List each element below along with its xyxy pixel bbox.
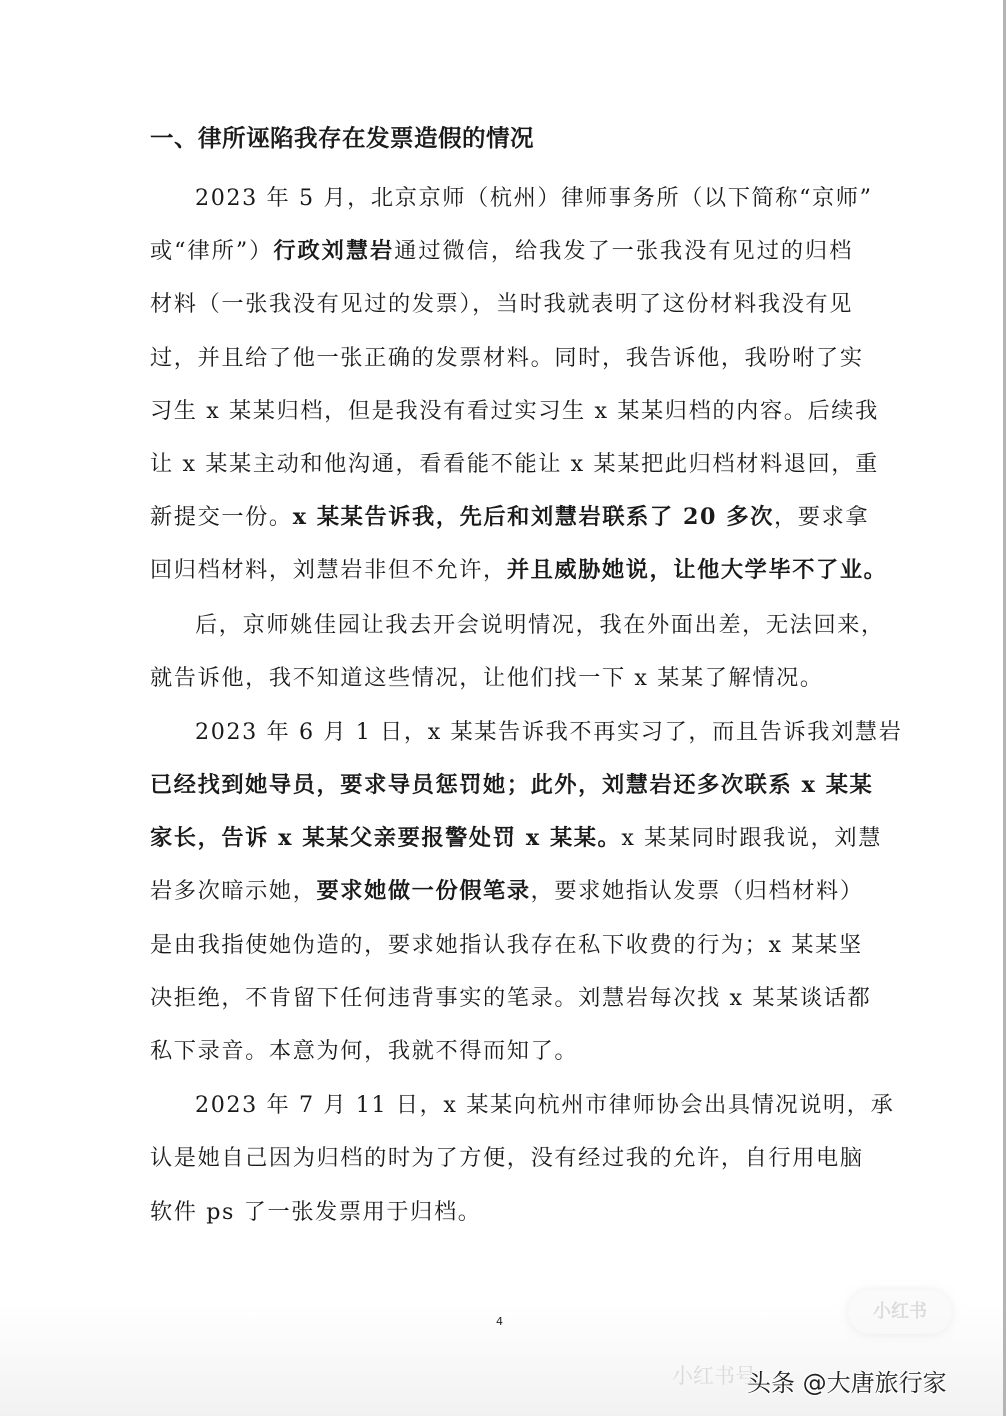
section-heading: 一、律所诬陷我存在发票造假的情况	[150, 118, 853, 158]
xiaohongshu-watermark-logo: 小红书	[848, 1290, 952, 1334]
bold-text-run: 并且威胁她说，让他大学毕不了业。	[507, 557, 888, 583]
text-run: ，要求拿	[774, 504, 869, 530]
text-line: 认是她自己因为归档的时为了方便，没有经过我的允许，自行用电脑	[150, 1132, 853, 1185]
text-run: 2023 年 6 月 1 日，x 某某告诉我不再实习了，而且告诉我刘慧岩	[195, 719, 902, 745]
text-line: 习生 x 某某归档，但是我没有看过实习生 x 某某归档的内容。后续我	[150, 385, 853, 438]
text-line: 2023 年 7 月 11 日，x 某某向杭州市律师协会出具情况说明，承	[150, 1079, 853, 1132]
text-line: 回归档材料，刘慧岩非但不允许，并且威胁她说，让他大学毕不了业。	[150, 544, 853, 597]
text-run: 2023 年 7 月 11 日，x 某某向杭州市律师协会出具情况说明，承	[195, 1092, 894, 1118]
text-run: ，要求她指认发票（归档材料）	[531, 878, 864, 904]
bold-text-run: 家长，告诉 x 某某父亲要报警处罚 x 某某。	[150, 825, 621, 851]
text-line: 岩多次暗示她，要求她做一份假笔录，要求她指认发票（归档材料）	[150, 865, 853, 918]
text-line: 决拒绝，不肯留下任何违背事实的笔录。刘慧岩每次找 x 某某谈话都	[150, 972, 853, 1025]
text-run: 材料（一张我没有见过的发票），当时我就表明了这份材料我没有见	[150, 291, 853, 317]
text-line: 家长，告诉 x 某某父亲要报警处罚 x 某某。x 某某同时跟我说，刘慧	[150, 812, 853, 865]
text-run: 通过微信，给我发了一张我没有见过的归档	[394, 238, 853, 264]
text-line: 或“律所”）行政刘慧岩通过微信，给我发了一张我没有见过的归档	[150, 225, 853, 278]
paragraph: 2023 年 5 月，北京京师（杭州）律师事务所（以下简称“京师”或“律所”）行…	[150, 172, 853, 598]
text-run: 让 x 某某主动和他沟通，看看能不能让 x 某某把此归档材料退回，重	[150, 451, 879, 477]
document-body: 一、律所诬陷我存在发票造假的情况 2023 年 5 月，北京京师（杭州）律师事务…	[150, 118, 853, 1240]
text-run: 2023 年 5 月，北京京师（杭州）律师事务所（以下简称“京师”	[195, 185, 873, 211]
text-run: 岩多次暗示她，	[150, 878, 317, 904]
text-line: 2023 年 5 月，北京京师（杭州）律师事务所（以下简称“京师”	[150, 172, 853, 225]
text-run: 软件 ps 了一张发票用于归档。	[150, 1199, 482, 1225]
paragraph: 2023 年 7 月 11 日，x 某某向杭州市律师协会出具情况说明，承认是她自…	[150, 1079, 853, 1239]
text-line: 就告诉他，我不知道这些情况，让他们找一下 x 某某了解情况。	[150, 652, 853, 705]
text-run: 新提交一份。	[150, 504, 293, 530]
text-run: 或“律所”）	[150, 238, 273, 264]
text-run: 后，京师姚佳园让我去开会说明情况，我在外面出差，无法回来，	[195, 612, 885, 638]
text-line: 后，京师姚佳园让我去开会说明情况，我在外面出差，无法回来，	[150, 599, 853, 652]
toutiao-source-watermark: 头条 @大唐旅行家	[747, 1363, 947, 1398]
text-run: 习生 x 某某归档，但是我没有看过实习生 x 某某归档的内容。后续我	[150, 398, 879, 424]
text-run: 就告诉他，我不知道这些情况，让他们找一下 x 某某了解情况。	[150, 665, 824, 691]
text-line: 2023 年 6 月 1 日，x 某某告诉我不再实习了，而且告诉我刘慧岩	[150, 706, 853, 759]
paragraph-list: 2023 年 5 月，北京京师（杭州）律师事务所（以下简称“京师”或“律所”）行…	[150, 172, 853, 1239]
text-run: 私下录音。本意为何，我就不得而知了。	[150, 1038, 578, 1064]
text-run: 是由我指使她伪造的，要求她指认我存在私下收费的行为；x 某某坚	[150, 932, 863, 958]
bold-text-run: 要求她做一份假笔录	[317, 878, 531, 904]
bold-text-run: 行政刘慧岩	[273, 238, 394, 264]
text-line: 软件 ps 了一张发票用于归档。	[150, 1186, 853, 1239]
document-page: 一、律所诬陷我存在发票造假的情况 2023 年 5 月，北京京师（杭州）律师事务…	[0, 0, 1003, 1416]
text-line: 私下录音。本意为何，我就不得而知了。	[150, 1025, 853, 1078]
text-run: 回归档材料，刘慧岩非但不允许，	[150, 557, 507, 583]
text-line: 是由我指使她伪造的，要求她指认我存在私下收费的行为；x 某某坚	[150, 919, 853, 972]
text-run: 过，并且给了他一张正确的发票材料。同时，我告诉他，我吩咐了实	[150, 345, 864, 371]
bold-text-run: 已经找到她导员，要求导员惩罚她；此外，刘慧岩还多次联系 x 某某	[150, 772, 873, 798]
text-line: 让 x 某某主动和他沟通，看看能不能让 x 某某把此归档材料退回，重	[150, 438, 853, 491]
text-line: 新提交一份。x 某某告诉我，先后和刘慧岩联系了 20 多次，要求拿	[150, 491, 853, 544]
text-run: 认是她自己因为归档的时为了方便，没有经过我的允许，自行用电脑	[150, 1145, 864, 1171]
paragraph: 2023 年 6 月 1 日，x 某某告诉我不再实习了，而且告诉我刘慧岩已经找到…	[150, 706, 853, 1078]
text-line: 过，并且给了他一张正确的发票材料。同时，我告诉他，我吩咐了实	[150, 332, 853, 385]
paragraph: 后，京师姚佳园让我去开会说明情况，我在外面出差，无法回来，就告诉他，我不知道这些…	[150, 599, 853, 705]
bold-text-run: x 某某告诉我，先后和刘慧岩联系了 20 多次	[293, 504, 774, 530]
text-run: x 某某同时跟我说，刘慧	[621, 825, 882, 851]
page-number: 4	[496, 1315, 503, 1328]
text-run: 决拒绝，不肯留下任何违背事实的笔录。刘慧岩每次找 x 某某谈话都	[150, 985, 871, 1011]
text-line: 材料（一张我没有见过的发票），当时我就表明了这份材料我没有见	[150, 278, 853, 331]
text-line: 已经找到她导员，要求导员惩罚她；此外，刘慧岩还多次联系 x 某某	[150, 759, 853, 812]
